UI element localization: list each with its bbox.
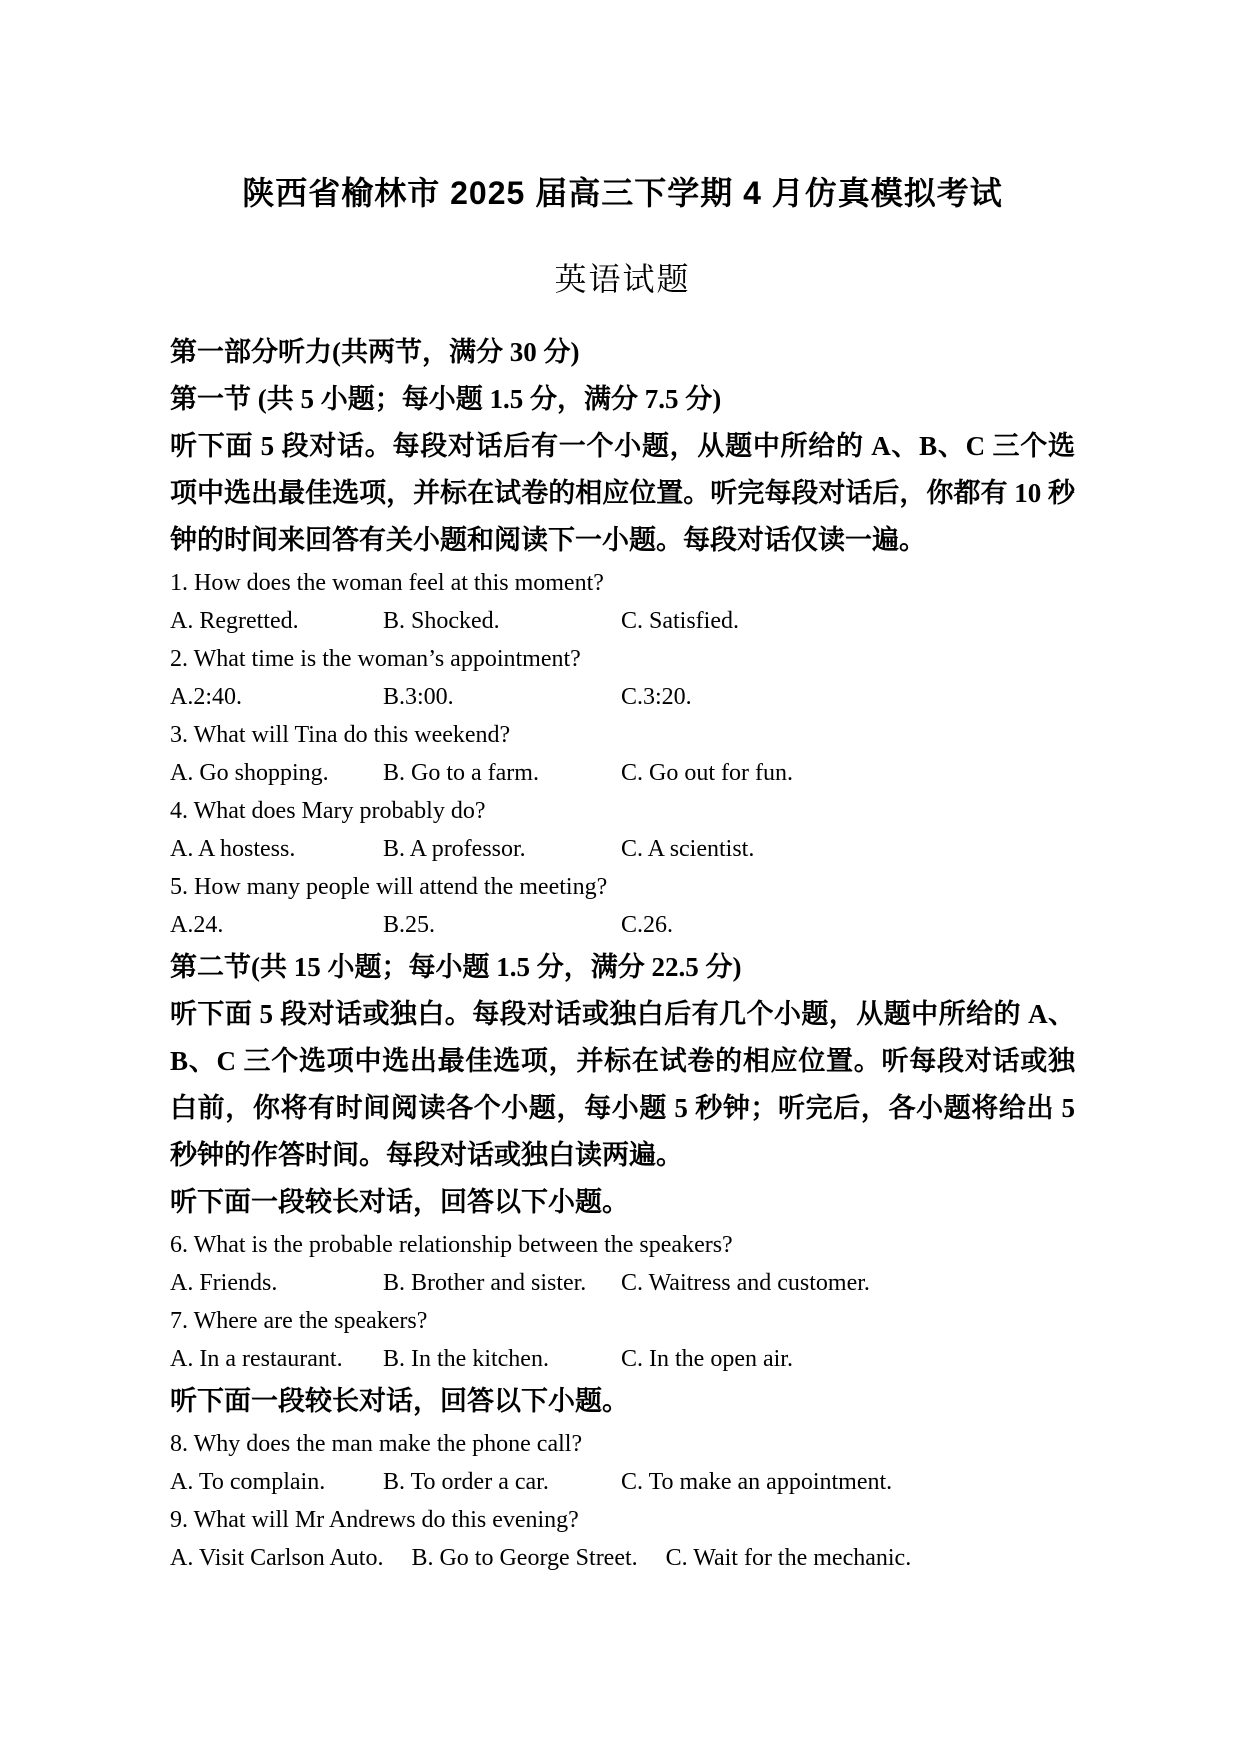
dialogue1-heading: 听下面一段较长对话，回答以下小题。 <box>170 1179 1075 1226</box>
question-4-options: A. A hostess. B. A professor. C. A scien… <box>170 830 1075 868</box>
question-1-option-c: C. Satisfied. <box>621 602 739 640</box>
question-3-option-c: C. Go out for fun. <box>621 754 793 792</box>
question-8-text: 8. Why does the man make the phone call? <box>170 1425 1075 1463</box>
question-9-options: A. Visit Carlson Auto. B. Go to George S… <box>170 1539 1075 1577</box>
question-5-option-a: A.24. <box>170 906 355 944</box>
question-2-option-b: B.3:00. <box>383 678 593 716</box>
question-3-text: 3. What will Tina do this weekend? <box>170 716 1075 754</box>
question-2-option-a: A.2:40. <box>170 678 355 716</box>
question-3-option-a: A. Go shopping. <box>170 754 355 792</box>
section1-heading: 第一节 (共 5 小题；每小题 1.5 分，满分 7.5 分) <box>170 376 1075 423</box>
question-4-option-c: C. A scientist. <box>621 830 754 868</box>
question-4: 4. What does Mary probably do? A. A host… <box>170 792 1075 868</box>
question-6-option-c: C. Waitress and customer. <box>621 1264 870 1302</box>
section2-instructions: 听下面 5 段对话或独白。每段对话或独白后有几个小题，从题中所给的 A、B、C … <box>170 991 1075 1179</box>
question-8-option-a: A. To complain. <box>170 1463 355 1501</box>
question-6-option-a: A. Friends. <box>170 1264 355 1302</box>
question-1-option-b: B. Shocked. <box>383 602 593 640</box>
question-5-options: A.24. B.25. C.26. <box>170 906 1075 944</box>
document-page: { "colors": { "text": "#000000", "backgr… <box>0 0 1240 1754</box>
question-4-option-b: B. A professor. <box>383 830 593 868</box>
question-7-option-b: B. In the kitchen. <box>383 1340 593 1378</box>
question-5-text: 5. How many people will attend the meeti… <box>170 868 1075 906</box>
question-2-option-c: C.3:20. <box>621 678 692 716</box>
doc-subtitle: 英语试题 <box>170 256 1075 302</box>
section2-heading: 第二节(共 15 小题；每小题 1.5 分，满分 22.5 分) <box>170 944 1075 991</box>
question-1-text: 1. How does the woman feel at this momen… <box>170 564 1075 602</box>
part1-heading: 第一部分听力(共两节，满分 30 分) <box>170 329 1075 376</box>
question-8-option-c: C. To make an appointment. <box>621 1463 892 1501</box>
section1-instructions: 听下面 5 段对话。每段对话后有一个小题，从题中所给的 A、B、C 三个选项中选… <box>170 423 1075 564</box>
question-1-options: A. Regretted. B. Shocked. C. Satisfied. <box>170 602 1075 640</box>
question-5-option-b: B.25. <box>383 906 593 944</box>
question-3: 3. What will Tina do this weekend? A. Go… <box>170 716 1075 792</box>
question-3-options: A. Go shopping. B. Go to a farm. C. Go o… <box>170 754 1075 792</box>
question-6-text: 6. What is the probable relationship bet… <box>170 1226 1075 1264</box>
dialogue2-heading: 听下面一段较长对话，回答以下小题。 <box>170 1378 1075 1425</box>
question-7-option-a: A. In a restaurant. <box>170 1340 355 1378</box>
question-9-text: 9. What will Mr Andrews do this evening? <box>170 1501 1075 1539</box>
question-6: 6. What is the probable relationship bet… <box>170 1226 1075 1302</box>
question-4-text: 4. What does Mary probably do? <box>170 792 1075 830</box>
doc-title: 陕西省榆林市 2025 届高三下学期 4 月仿真模拟考试 <box>170 170 1075 216</box>
question-6-option-b: B. Brother and sister. <box>383 1264 593 1302</box>
question-2: 2. What time is the woman’s appointment?… <box>170 640 1075 716</box>
question-9: 9. What will Mr Andrews do this evening?… <box>170 1501 1075 1577</box>
question-5-option-c: C.26. <box>621 906 673 944</box>
question-8-options: A. To complain. B. To order a car. C. To… <box>170 1463 1075 1501</box>
question-7-option-c: C. In the open air. <box>621 1340 793 1378</box>
question-7-options: A. In a restaurant. B. In the kitchen. C… <box>170 1340 1075 1378</box>
question-7: 7. Where are the speakers? A. In a resta… <box>170 1302 1075 1378</box>
question-9-option-b: B. Go to George Street. <box>411 1539 637 1577</box>
question-8: 8. Why does the man make the phone call?… <box>170 1425 1075 1501</box>
question-1-option-a: A. Regretted. <box>170 602 355 640</box>
question-9-option-c: C. Wait for the mechanic. <box>666 1539 912 1577</box>
question-6-options: A. Friends. B. Brother and sister. C. Wa… <box>170 1264 1075 1302</box>
question-2-options: A.2:40. B.3:00. C.3:20. <box>170 678 1075 716</box>
question-7-text: 7. Where are the speakers? <box>170 1302 1075 1340</box>
question-4-option-a: A. A hostess. <box>170 830 355 868</box>
exam-paper: 陕西省榆林市 2025 届高三下学期 4 月仿真模拟考试 英语试题 第一部分听力… <box>0 170 1240 1577</box>
question-3-option-b: B. Go to a farm. <box>383 754 593 792</box>
question-2-text: 2. What time is the woman’s appointment? <box>170 640 1075 678</box>
question-9-option-a: A. Visit Carlson Auto. <box>170 1539 383 1577</box>
question-8-option-b: B. To order a car. <box>383 1463 593 1501</box>
question-1: 1. How does the woman feel at this momen… <box>170 564 1075 640</box>
question-5: 5. How many people will attend the meeti… <box>170 868 1075 944</box>
